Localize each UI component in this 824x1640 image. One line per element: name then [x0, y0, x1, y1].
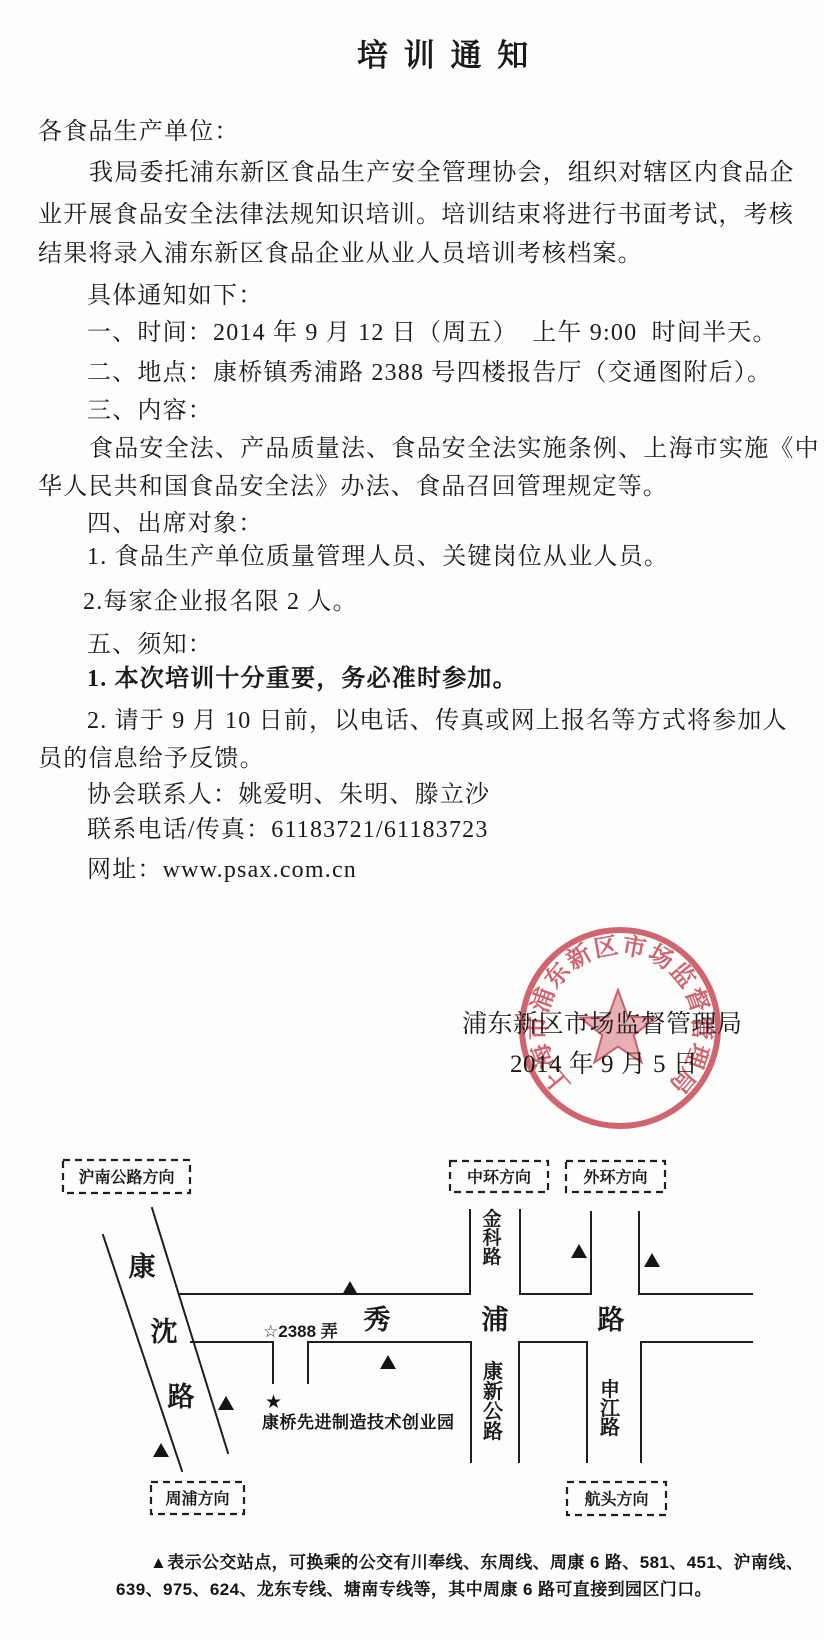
notice-line: 各食品生产单位：: [38, 118, 240, 147]
lane-2388-driveway: [273, 1342, 308, 1383]
notice-line: 网址：www.psax.com.cn: [87, 856, 357, 885]
bus-stop-triangle-icon: [380, 1355, 396, 1369]
direction-box-label: 航头方向: [584, 1490, 648, 1509]
kangshen-road-label: 沈: [151, 1317, 178, 1347]
bus-stop-triangle-icon: [571, 1244, 587, 1258]
notice-line: 具体通知如下：: [87, 282, 263, 311]
route-map: 沪南公路方向中环方向外环方向周浦方向航头方向 康沈路秀浦路金科路康新公路申江路 …: [0, 1100, 824, 1540]
notice-line: 三、内容：: [87, 397, 213, 426]
stamp-ring-char: 区: [592, 932, 620, 963]
direction-box-label: 沪南公路方向: [78, 1168, 174, 1187]
xiupu-road-label: 路: [598, 1305, 625, 1335]
notice-line: 食品安全法、产品质量法、食品安全法实施条例、上海市实施《中: [89, 435, 820, 464]
lane-2388-label: ☆2388 弄: [263, 1321, 338, 1341]
kangshen-road-label: 路: [168, 1382, 195, 1412]
notice-line: 员的信息给予反馈。: [38, 745, 265, 774]
xiupu-road-label: 秀: [364, 1305, 391, 1335]
direction-box-label: 外环方向: [583, 1168, 647, 1187]
park-star-icon: ★: [265, 1391, 282, 1413]
legend-line-2: 639、975、624、龙东专线、塘南专线等，其中周康 6 路可直接到园区门口。: [116, 1575, 712, 1600]
notice-line: 五、须知：: [87, 631, 213, 660]
notice-line: 业开展食品安全法律法规知识培训。培训结束将进行书面考试，考核: [38, 201, 794, 230]
vertical-road-label: 科: [482, 1226, 502, 1249]
notice-document: 培 训 通 知 各食品生产单位：我局委托浦东新区食品生产安全管理协会，组织对辖区…: [0, 0, 824, 1640]
road-labels: 康沈路秀浦路金科路康新公路申江路: [129, 1207, 625, 1443]
vertical-road-label: 路: [600, 1415, 620, 1439]
notice-line: 1. 本次培训十分重要，务必准时参加。: [87, 665, 518, 694]
page-title: 培 训 通 知: [357, 30, 532, 75]
direction-box-label: 中环方向: [467, 1168, 531, 1187]
notice-line: 四、出席对象：: [87, 510, 263, 539]
stamp-ring-char: 市: [620, 932, 648, 963]
signature-org: 浦东新区市场监督管理局: [462, 1004, 743, 1040]
bus-stop-triangle-icon: [644, 1253, 660, 1267]
bus-stop-triangle-icon: [218, 1396, 234, 1410]
notice-line: 结果将录入浦东新区食品企业从业人员培训考核档案。: [38, 240, 643, 269]
kangshen-road-label: 康: [129, 1251, 156, 1282]
notice-line: 2. 请于 9 月 10 日前，以电话、传真或网上报名等方式将参加人: [87, 707, 788, 736]
notice-line: 2.每家企业报名限 2 人。: [83, 588, 358, 617]
vertical-road-label: 路: [483, 1419, 503, 1443]
notice-line: 二、地点：康桥镇秀浦路 2388 号四楼报告厅（交通图附后）。: [87, 359, 772, 388]
notice-line: 一、时间：2014 年 9 月 12 日（周五） 上午 9:00 时间半天。: [87, 319, 778, 348]
direction-box-label: 周浦方向: [165, 1489, 229, 1508]
park-name-label: 康桥先进制造技术创业园: [262, 1412, 455, 1432]
signature-date: 2014 年 9 月 5 日: [510, 1044, 698, 1080]
vertical-road-label: 金: [482, 1207, 501, 1230]
xiupu-road-label: 浦: [482, 1305, 509, 1335]
vertical-road-label: 公: [483, 1400, 504, 1423]
notice-line: 1. 食品生产单位质量管理人员、关键岗位从业人员。: [87, 543, 669, 572]
vertical-road-label: 路: [482, 1245, 501, 1268]
legend-line-1: ▲表示公交站点，可换乘的公交有川奉线、东周线、周康 6 路、581、451、沪南…: [150, 1548, 803, 1573]
notice-line: 我局委托浦东新区食品生产安全管理协会，组织对辖区内食品企: [89, 159, 795, 188]
bus-stop-triangle-icon: [153, 1443, 169, 1457]
vertical-road-label: 新: [483, 1379, 503, 1403]
bus-stop-triangle-icon: [342, 1281, 358, 1295]
notice-line: 华人民共和国食品安全法》办法、食品召回管理规定等。: [38, 473, 668, 502]
notice-line: 联系电话/传真：61183721/61183723: [87, 816, 489, 845]
notice-line: 协会联系人：姚爱明、朱明、滕立沙: [87, 781, 490, 810]
vertical-road-label: 康: [483, 1359, 503, 1383]
